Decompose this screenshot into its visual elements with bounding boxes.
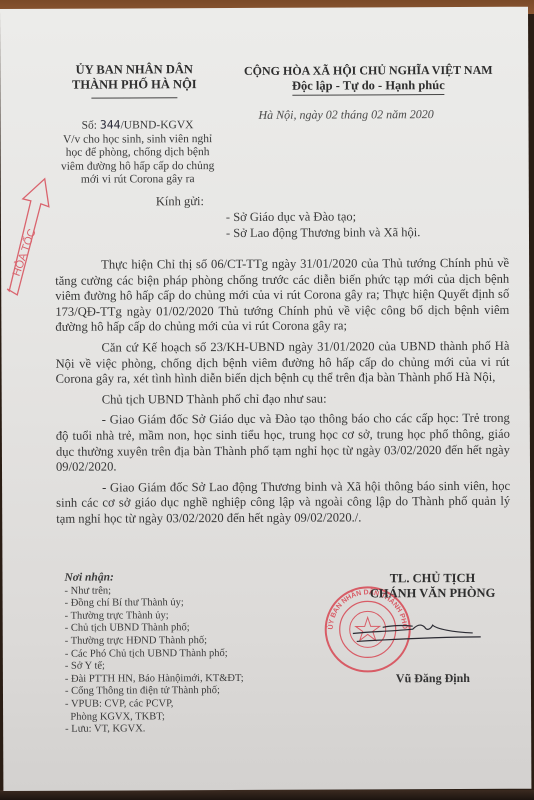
recipient-item: - Sở Giáo dục và Đào tạo; [156, 208, 420, 225]
signer-authority: TL. CHỦ TỊCH [347, 571, 517, 587]
handwritten-signature-icon [353, 617, 483, 648]
signer-position: CHÁNH VĂN PHÒNG [348, 586, 518, 602]
recipients: Kính gửi: - Sở Giáo dục và Đào tạo; - Sở… [156, 192, 421, 241]
document-number: Số: 344/UBND-KGVX [52, 118, 222, 133]
distribution-item: - Chủ tịch UBND Thành phố; [65, 622, 244, 635]
recipients-label: Kính gửi: [156, 192, 420, 209]
subject-line: V/v cho học sinh, sinh viên nghỉ [53, 133, 223, 147]
distribution-item: - Thường trực HĐND Thành phố; [65, 635, 244, 648]
distribution-list: Nơi nhận: - Như trên; - Đồng chí Bí thư … [64, 571, 244, 736]
body-paragraph: Chủ tịch UBND Thành phố chỉ đạo như sau: [56, 391, 510, 409]
distribution-item: - Lưu: VT, KGVX. [65, 723, 244, 736]
subject-line: viêm đường hô hấp cấp do chủng [53, 160, 223, 174]
distribution-title: Nơi nhận: [64, 571, 243, 584]
authority-line-1: ỦY BAN NHÂN DÂN [50, 62, 218, 78]
authority-line-2: THÀNH PHỐ HÀ NỘI [50, 77, 218, 93]
signer-name: Vũ Đăng Định [343, 671, 523, 687]
distribution-item: - Cổng Thông tin điện tử Thành phố; [65, 685, 244, 698]
distribution-item: - Sở Y tế; [65, 660, 244, 673]
issuing-authority: ỦY BAN NHÂN DÂN THÀNH PHỐ HÀ NỘI [50, 62, 218, 99]
urgent-stamp-icon: HỎA TỐC [3, 177, 54, 302]
handwritten-number: 344 [100, 117, 121, 131]
subject-line: học để phòng, chống dịch bệnh [53, 146, 223, 160]
recipient-item: - Sở Lao động Thương binh và Xã hội. [156, 224, 420, 241]
document-reference: Số: 344/UBND-KGVX V/v cho học sinh, sinh… [52, 118, 222, 187]
table-surface-bottom [0, 790, 534, 800]
body-paragraph: - Giao Giám đốc Sở Lao động Thương binh … [56, 478, 510, 527]
national-motto: Độc lập - Tự do - Hạnh phúc [292, 78, 445, 96]
signature-title: TL. CHỦ TỊCH CHÁNH VĂN PHÒNG [347, 571, 517, 602]
national-title: CỘNG HÒA XÃ HỘI CHỦ NGHĨA VIỆT NAM [218, 63, 518, 79]
body-paragraph: Thực hiện Chỉ thị số 06/CT-TTg ngày 31/0… [55, 256, 509, 336]
distribution-item: - VPUB: CVP, các PCVP, [65, 698, 244, 711]
distribution-item: - Thường trực Thành ủy; [65, 610, 244, 623]
distribution-item: - Các Phó Chủ tịch UBND Thành phố; [65, 648, 244, 661]
distribution-item: - Như trên; [65, 585, 244, 598]
distribution-item: - Đồng chí Bí thư Thành ủy; [65, 597, 244, 610]
document-page: ỦY BAN NHÂN DÂN THÀNH PHỐ HÀ NỘI CỘNG HÒ… [0, 7, 531, 791]
subject-line: mới vi rút Corona gây ra [53, 173, 223, 187]
document-body: Thực hiện Chỉ thị số 06/CT-TTg ngày 31/0… [55, 256, 510, 532]
body-paragraph: Căn cứ Kế hoạch số 23/KH-UBND ngày 31/01… [55, 339, 509, 388]
place-date: Hà Nội, ngày 02 tháng 02 năm 2020 [258, 107, 433, 123]
distribution-item: Phòng KGVX, TKBT; [65, 710, 244, 723]
national-header: CỘNG HÒA XÃ HỘI CHỦ NGHĨA VIỆT NAM Độc l… [218, 63, 518, 96]
urgent-stamp-text: HỎA TỐC [9, 227, 39, 278]
body-paragraph: - Giao Giám đốc Sở Giáo dục và Đào tạo t… [56, 411, 510, 475]
distribution-item: - Đài PTTH HN, Báo Hànộimới, KT&ĐT; [65, 673, 244, 686]
authority-underline [91, 97, 177, 98]
